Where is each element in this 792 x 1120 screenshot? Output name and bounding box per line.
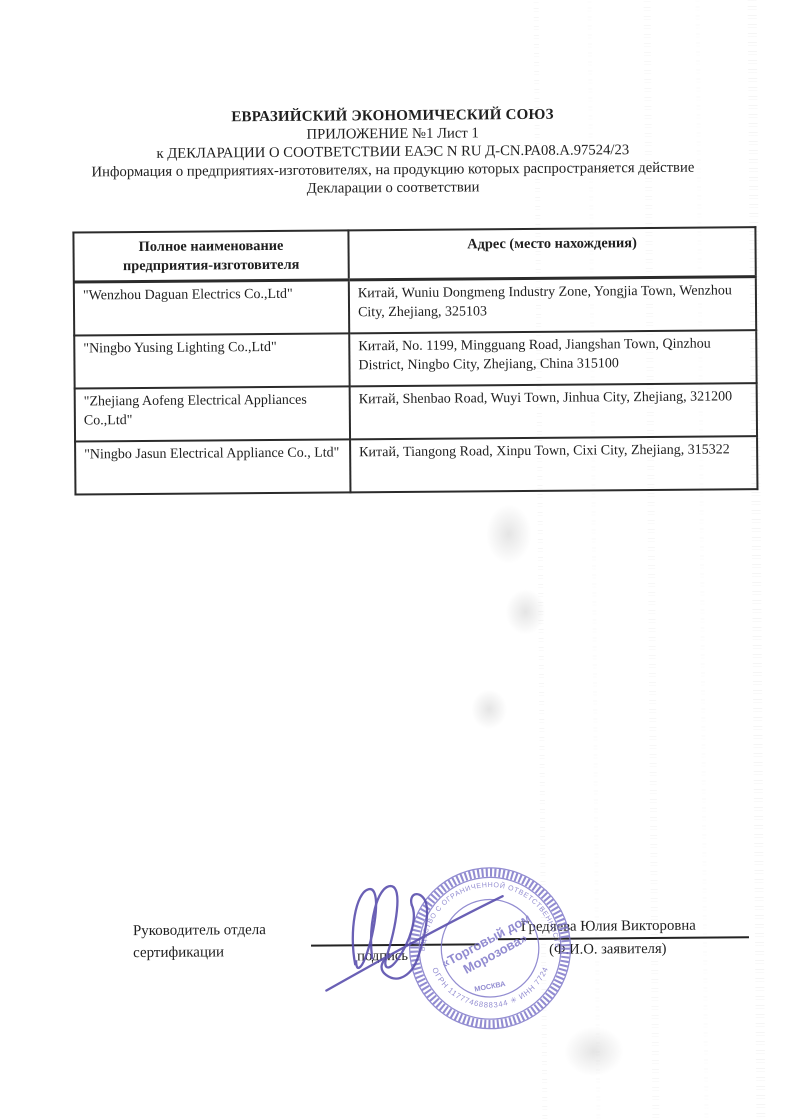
signature-scribble [297, 861, 518, 1003]
document-page: ЕВРАЗИЙСКИЙ ЭКОНОМИЧЕСКИЙ СОЮЗ ПРИЛОЖЕНИ… [0, 0, 792, 1120]
signature-block: Руководитель отдела сертификации подпись… [0, 0, 792, 1120]
role-label: Руководитель отдела сертификации [133, 919, 313, 964]
